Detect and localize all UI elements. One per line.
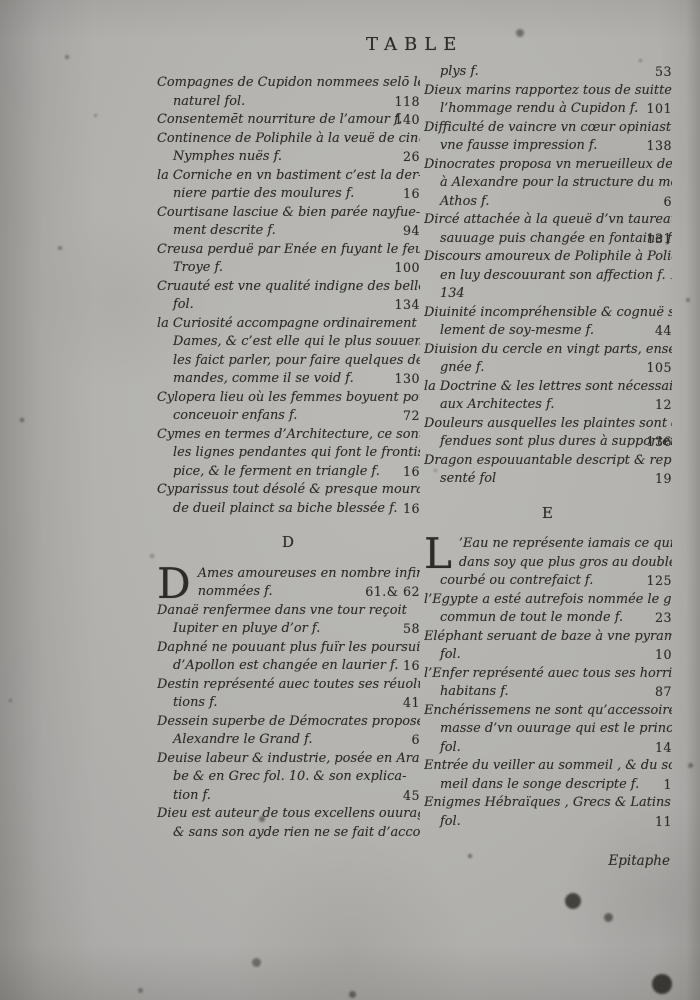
toc-entry: Dinocrates proposa vn merueilleux dessei… (424, 156, 672, 212)
entry-line: Diuision du cercle en vingt parts, ensei… (424, 341, 672, 360)
entry-text: ment descrite f. (173, 223, 276, 238)
entry-line: nommées f.61.& 62 (157, 583, 420, 602)
toc-entry: Enigmes Hébraïques , Grecs & Latinsfol.1… (424, 794, 672, 831)
entry-text: 134 (440, 286, 465, 301)
entry-text: de dueil plainct sa biche blessée f. (173, 501, 398, 516)
folio-number: 87 (655, 683, 672, 702)
entry-line: pice, & le ferment en triangle f.16 (157, 463, 420, 482)
entry-text: Diuinité incompréhensible & cognuë seu- (424, 305, 672, 320)
entry-text: Athos f. (440, 194, 489, 209)
entry-text: Ames amoureuses en nombre infini (198, 566, 420, 581)
entry-line: aux Architectes f.12 (424, 396, 672, 415)
entry-text: la Doctrine & les lettres sont nécessair… (424, 379, 672, 394)
toc-entry: la Curiosité accompagne ordinairement le… (157, 315, 420, 389)
entry-text: tions f. (173, 695, 218, 710)
toc-entry: Difficulté de vaincre vn cœur opiniastre… (424, 119, 672, 156)
entry-line: conceuoir enfans f.72 (157, 407, 420, 426)
entry-line: meil dans le songe descripte f.1 (424, 776, 672, 795)
entry-line: Cyparissus tout désolé & presque mourant (157, 481, 420, 500)
book-page-scan: TABLE Compagnes de Cupidon nommees selō … (0, 0, 700, 1000)
ink-spot (150, 554, 154, 558)
folio-number: 130 (394, 370, 420, 389)
entry-text: fol. (440, 740, 461, 755)
folio-number: 6 (411, 731, 420, 750)
entry-text: la Corniche en vn bastiment c’est la der… (157, 168, 420, 183)
entry-text: Alexandre le Grand f. (173, 732, 313, 747)
entry-text: en luy descouurant son affection f. 133.… (440, 268, 672, 283)
toc-entry: Dieux marins rapportez tous de suitte àl… (424, 82, 672, 119)
entry-text: la Curiosité accompagne ordinairement le… (157, 316, 420, 331)
entry-line: Enigmes Hébraïques , Grecs & Latins (424, 794, 672, 813)
entry-text: fendues sont plus dures à supporter f. (440, 434, 672, 449)
entry-text: l’Egypte a esté autrefois nommée le gren… (424, 592, 672, 607)
ink-spot (604, 913, 613, 922)
entry-line: 134 (424, 285, 672, 304)
entry-line: lement de soy-mesme f.44 (424, 322, 672, 341)
entry-text: Continence de Poliphile à la veuë de cin… (157, 131, 420, 146)
ink-spot (138, 988, 143, 993)
ink-spot (619, 221, 622, 224)
entry-text: Cyparissus tout désolé & presque mourant (157, 482, 420, 497)
entry-line: habitans f.87 (424, 683, 672, 702)
entry-text: be & en Grec fol. 10. & son explica- (173, 769, 406, 784)
ink-spot (20, 418, 24, 422)
toc-entry: Dieu est auteur de tous excellens ouurag… (157, 805, 420, 842)
entry-line: à Alexandre pour la structure du mont (424, 174, 672, 193)
entry-line: Entrée du veiller au sommeil , & du som- (424, 757, 672, 776)
toc-entry: Diuision du cercle en vingt parts, ensei… (424, 341, 672, 378)
entry-line: de dueil plainct sa biche blessée f.16 (157, 500, 420, 519)
ink-spot (9, 699, 12, 702)
ink-spot (565, 893, 581, 909)
entry-line: Dragon espouuantable descript & repré- (424, 452, 672, 471)
folio-number: 101 (646, 100, 672, 119)
entry-text: Discours amoureux de Poliphile à Polia (424, 249, 672, 264)
entry-line: sauuage puis changée en fontaine f.131 (424, 230, 672, 249)
entry-line: la Doctrine & les lettres sont nécessair… (424, 378, 672, 397)
folio-number: 16 (403, 657, 420, 676)
toc-entry: Discours amoureux de Poliphile à Poliaen… (424, 248, 672, 304)
entry-text: Cruauté est vne qualité indigne des bell… (157, 279, 420, 294)
entry-text: Entrée du veiller au sommeil , & du som- (424, 758, 672, 773)
entry-text: Consentemēt nourriture de l’amour f. (157, 112, 402, 127)
entry-text: Dieu est auteur de tous excellens ouurag… (157, 806, 420, 821)
ink-spot (65, 55, 69, 59)
entry-text: Dames, & c’est elle qui le plus souuent (173, 334, 420, 349)
folio-number: 10 (655, 646, 672, 665)
entry-text: Nymphes nuës f. (173, 149, 282, 164)
entry-text: plys f. (440, 64, 479, 79)
entry-text: habitans f. (440, 684, 509, 699)
entry-text: Compagnes de Cupidon nommees selō leur (157, 75, 420, 90)
entry-line: masse d’vn ouurage qui est le principal (424, 720, 672, 739)
toc-entry: plys f.53 (424, 63, 672, 82)
ink-spot (652, 974, 672, 994)
entry-text: Dircé attachée à la queuë d’vn taureau (424, 212, 672, 227)
toc-entry: Enchérissemens ne sont qu’accessoires de… (424, 702, 672, 758)
entry-line: naturel fol.118 (157, 93, 420, 112)
entry-line: Alexandre le Grand f.6 (157, 731, 420, 750)
toc-entry: Dragon espouuantable descript & repré-se… (424, 452, 672, 489)
toc-entry: Deuise labeur & industrie, posée en Ara-… (157, 750, 420, 806)
entry-line: Difficulté de vaincre vn cœur opiniastre… (424, 119, 672, 138)
ink-spot (686, 298, 690, 302)
entry-line: Creusa perduë par Enée en fuyant le feu … (157, 241, 420, 260)
folio-number: 140 (394, 111, 420, 130)
entry-line: Douleurs ausquelles les plaintes sont dé… (424, 415, 672, 434)
entry-text: Dragon espouuantable descript & repré- (424, 453, 672, 468)
entry-text: d’Apollon est changée en laurier f. (173, 658, 398, 673)
entry-text: meil dans le songe descripte f. (440, 777, 639, 792)
entry-text: fol. (440, 814, 461, 829)
entry-line: Troye f.100 (157, 259, 420, 278)
entry-line: be & en Grec fol. 10. & son explica- (157, 768, 420, 787)
entry-text: masse d’vn ouurage qui est le principal (440, 721, 672, 736)
entry-line: ’Eau ne représente iamais ce qui est (424, 535, 672, 554)
entry-line: fol.14 (424, 739, 672, 758)
section-heading: D (157, 533, 420, 552)
ink-spot (259, 816, 265, 822)
toc-entry: Eléphant seruant de baze à vne pyramidef… (424, 628, 672, 665)
entry-line: mandes, comme il se void f.130 (157, 370, 420, 389)
toc-entry: Cruauté est vne qualité indigne des bell… (157, 278, 420, 315)
entry-text: commun de tout le monde f. (440, 610, 623, 625)
entry-line: Dieu est auteur de tous excellens ouurag… (157, 805, 420, 824)
toc-entry: L’Eau ne représente iamais ce qui estdan… (424, 535, 672, 591)
toc-entry: Entrée du veiller au sommeil , & du som-… (424, 757, 672, 794)
entry-line: vne fausse impression f.138 (424, 137, 672, 156)
entry-line: niere partie des moulures f.16 (157, 185, 420, 204)
ink-spot (688, 763, 693, 768)
entry-line: Iupiter en pluye d’or f.58 (157, 620, 420, 639)
entry-text: Courtisane lasciue & bien parée nayfue- (157, 205, 420, 220)
folio-number: 14 (655, 739, 672, 758)
toc-entry: Dircé attachée à la queuë d’vn taureausa… (424, 211, 672, 248)
folio-number: 23 (655, 609, 672, 628)
folio-number: 41 (403, 694, 420, 713)
toc-entry: Diuinité incompréhensible & cognuë seu-l… (424, 304, 672, 341)
folio-number: 105 (646, 359, 672, 378)
toc-entry: Continence de Poliphile à la veuë de cin… (157, 130, 420, 167)
folio-number: 100 (394, 259, 420, 278)
entry-text: Douleurs ausquelles les plaintes sont dé… (424, 416, 672, 431)
entry-line: Diuinité incompréhensible & cognuë seu- (424, 304, 672, 323)
folio-number: 61.& 62 (365, 583, 420, 602)
toc-entry: Douleurs ausquelles les plaintes sont dé… (424, 415, 672, 452)
folio-number: 16 (403, 463, 420, 482)
entry-line: Cymes en termes d’Architecture, ce sont (157, 426, 420, 445)
entry-text: Difficulté de vaincre vn cœur opiniastre… (424, 120, 672, 135)
folio-number: 6 (663, 193, 672, 212)
entry-text: sauuage puis changée en fontaine f. (440, 231, 672, 246)
entry-text: l’hommage rendu à Cupidon f. (440, 101, 638, 116)
entry-line: Dinocrates proposa vn merueilleux dessei… (424, 156, 672, 175)
entry-line: les lignes pendantes qui font le frontis… (157, 444, 420, 463)
folio-number: 134 (394, 296, 420, 315)
folio-number: 16 (403, 500, 420, 519)
entry-text: dans soy que plus gros au double , (459, 555, 672, 570)
entry-text: courbé ou contrefaict f. (440, 573, 593, 588)
ink-spot (639, 59, 642, 62)
ink-spot (58, 246, 62, 250)
entry-line: Destin représenté auec toutes ses réuolu… (157, 676, 420, 695)
toc-entry: Courtisane lasciue & bien parée nayfue-m… (157, 204, 420, 241)
entry-text: Diuision du cercle en vingt parts, ensei… (424, 342, 672, 357)
entry-line: fol.11 (424, 813, 672, 832)
entry-line: senté fol19 (424, 470, 672, 489)
toc-entry: la Doctrine & les lettres sont nécessair… (424, 378, 672, 415)
entry-line: tion f.45 (157, 787, 420, 806)
folio-number: 26 (403, 148, 420, 167)
page-title: TABLE (366, 34, 463, 55)
toc-entry: Consentemēt nourriture de l’amour f.140 (157, 111, 420, 130)
entry-line: Dames, & c’est elle qui le plus souuent (157, 333, 420, 352)
entry-text: vne fausse impression f. (440, 138, 597, 153)
toc-entry: Cylopera lieu où les femmes boyuent pour… (157, 389, 420, 426)
toc-entry: Daphné ne pouuant plus fuïr les poursuit… (157, 639, 420, 676)
entry-line: Compagnes de Cupidon nommees selō leur (157, 74, 420, 93)
folio-number: 94 (403, 222, 420, 241)
entry-line: fol.10 (424, 646, 672, 665)
entry-text: les lignes pendantes qui font le frontis… (173, 445, 420, 460)
entry-line: Courtisane lasciue & bien parée nayfue- (157, 204, 420, 223)
toc-entry: l’Enfer représenté auec tous ses horribl… (424, 665, 672, 702)
toc-entry: Dessein superbe de Démocrates proposé àA… (157, 713, 420, 750)
entry-line: Enchérissemens ne sont qu’accessoires de… (424, 702, 672, 721)
entry-text: Danaë renfermee dans vne tour reçoit (157, 603, 407, 618)
entry-line: Deuise labeur & industrie, posée en Ara- (157, 750, 420, 769)
entry-line: l’Enfer représenté auec tous ses horribl… (424, 665, 672, 684)
entry-text: gnée f. (440, 360, 484, 375)
toc-entry: Creusa perduë par Enée en fuyant le feu … (157, 241, 420, 278)
entry-line: ment descrite f.94 (157, 222, 420, 241)
entry-text: Iupiter en pluye d’or f. (173, 621, 320, 636)
folio-number: 138 (646, 137, 672, 156)
entry-line: Consentemēt nourriture de l’amour f.140 (157, 111, 420, 130)
entry-line: fol.134 (157, 296, 420, 315)
entry-line: Discours amoureux de Poliphile à Polia (424, 248, 672, 267)
ink-spot (94, 114, 97, 117)
entry-text: conceuoir enfans f. (173, 408, 297, 423)
toc-entry: Cyparissus tout désolé & presque mourant… (157, 481, 420, 518)
entry-line: gnée f.105 (424, 359, 672, 378)
folio-number: 44 (655, 322, 672, 341)
toc-entry: Cymes en termes d’Architecture, ce sontl… (157, 426, 420, 482)
entry-line: d’Apollon est changée en laurier f.16 (157, 657, 420, 676)
entry-text: à Alexandre pour la structure du mont (440, 175, 672, 190)
entry-text: fol. (440, 647, 461, 662)
folio-number: 16 (403, 185, 420, 204)
entry-line: Eléphant seruant de baze à vne pyramide (424, 628, 672, 647)
entry-line: Ames amoureuses en nombre infini (157, 565, 420, 584)
entry-line: Cylopera lieu où les femmes boyuent pour (157, 389, 420, 408)
folio-number: 72 (403, 407, 420, 426)
entry-line: courbé ou contrefaict f.125 (424, 572, 672, 591)
entry-text: Enchérissemens ne sont qu’accessoires de… (424, 703, 672, 718)
entry-text: les faict parler, pour faire quelques de… (173, 353, 420, 368)
entry-line: Daphné ne pouuant plus fuïr les poursuit… (157, 639, 420, 658)
toc-entry: l’Egypte a esté autrefois nommée le gren… (424, 591, 672, 628)
entry-line: Dircé attachée à la queuë d’vn taureau (424, 211, 672, 230)
entry-line: Dieux marins rapportez tous de suitte à (424, 82, 672, 101)
entry-text: aux Architectes f. (440, 397, 554, 412)
entry-text: Deuise labeur & industrie, posée en Ara- (157, 751, 420, 766)
entry-text: Cymes en termes d’Architecture, ce sont (157, 427, 420, 442)
folio-number: 1 (663, 776, 672, 795)
folio-number: 12 (655, 396, 672, 415)
entry-text: l’Enfer représenté auec tous ses horribl… (424, 666, 672, 681)
ink-spot (349, 991, 356, 998)
folio-number: 19 (655, 470, 672, 489)
folio-number: 11 (655, 813, 672, 832)
ink-spot (468, 854, 472, 858)
toc-entry: la Corniche en vn bastiment c’est la der… (157, 167, 420, 204)
entry-text: tion f. (173, 788, 211, 803)
toc-entry: Compagnes de Cupidon nommees selō leurna… (157, 74, 420, 111)
folio-number: 53 (655, 63, 672, 82)
catchword: Epitaphe (608, 853, 670, 869)
entry-text: & sans son ayde rien ne se fait d’accom- (173, 825, 420, 840)
toc-entry: Danaë renfermee dans vne tour reçoitIupi… (157, 602, 420, 639)
entry-text: pice, & le ferment en triangle f. (173, 464, 380, 479)
entry-line: les faict parler, pour faire quelques de… (157, 352, 420, 371)
entry-line: en luy descouurant son affection f. 133.… (424, 267, 672, 286)
toc-entry: DAmes amoureuses en nombre infininommées… (157, 565, 420, 602)
entry-text: nommées f. (198, 584, 273, 599)
entry-line: Athos f.6 (424, 193, 672, 212)
entry-text: Destin représenté auec toutes ses réuolu… (157, 677, 420, 692)
entry-line: la Corniche en vn bastiment c’est la der… (157, 167, 420, 186)
entry-text: niere partie des moulures f. (173, 186, 354, 201)
entry-text: Cylopera lieu où les femmes boyuent pour (157, 390, 420, 405)
entry-text: naturel fol. (173, 94, 245, 109)
entry-text: Daphné ne pouuant plus fuïr les poursuit… (157, 640, 420, 655)
folio-number: 136 (646, 433, 672, 452)
folio-number: 131 (646, 230, 672, 249)
folio-number: 118 (394, 93, 420, 112)
ink-spot (434, 469, 437, 472)
entry-line: Danaë renfermee dans vne tour reçoit (157, 602, 420, 621)
entry-line: Cruauté est vne qualité indigne des bell… (157, 278, 420, 297)
entry-text: mandes, comme il se void f. (173, 371, 354, 386)
entry-line: commun de tout le monde f.23 (424, 609, 672, 628)
entry-text: fol. (173, 297, 194, 312)
entry-line: Continence de Poliphile à la veuë de cin… (157, 130, 420, 149)
folio-number: 45 (403, 787, 420, 806)
section-heading: E (424, 504, 672, 523)
entry-line: plys f.53 (424, 63, 672, 82)
entry-text: senté fol (440, 471, 496, 486)
entry-line: & sans son ayde rien ne se fait d’accom- (157, 824, 420, 843)
entry-line: fendues sont plus dures à supporter f.13… (424, 433, 672, 452)
entry-text: Dessein superbe de Démocrates proposé à (157, 714, 420, 729)
entry-line: l’Egypte a esté autrefois nommée le gren… (424, 591, 672, 610)
entry-line: tions f.41 (157, 694, 420, 713)
folio-number: 58 (403, 620, 420, 639)
entry-line: dans soy que plus gros au double , (424, 554, 672, 573)
column-left: Compagnes de Cupidon nommees selō leurna… (157, 74, 420, 842)
entry-line: Dessein superbe de Démocrates proposé à (157, 713, 420, 732)
entry-line: la Curiosité accompagne ordinairement le… (157, 315, 420, 334)
toc-entry: Destin représenté auec toutes ses réuolu… (157, 676, 420, 713)
entry-text: lement de soy-mesme f. (440, 323, 594, 338)
entry-text: Eléphant seruant de baze à vne pyramide (424, 629, 672, 644)
entry-text: Creusa perduë par Enée en fuyant le feu … (157, 242, 420, 257)
entry-line: l’hommage rendu à Cupidon f.101 (424, 100, 672, 119)
entry-text: Troye f. (173, 260, 223, 275)
entry-text: Enigmes Hébraïques , Grecs & Latins (424, 795, 671, 810)
column-right: plys f.53Dieux marins rapportez tous de … (424, 63, 672, 831)
ink-spot (252, 958, 261, 967)
entry-text: Dieux marins rapportez tous de suitte à (424, 83, 672, 98)
entry-text: ’Eau ne représente iamais ce qui est (459, 536, 672, 551)
folio-number: 125 (646, 572, 672, 591)
ink-spot (516, 29, 524, 37)
entry-line: Nymphes nuës f.26 (157, 148, 420, 167)
entry-text: Dinocrates proposa vn merueilleux dessei… (424, 157, 672, 172)
